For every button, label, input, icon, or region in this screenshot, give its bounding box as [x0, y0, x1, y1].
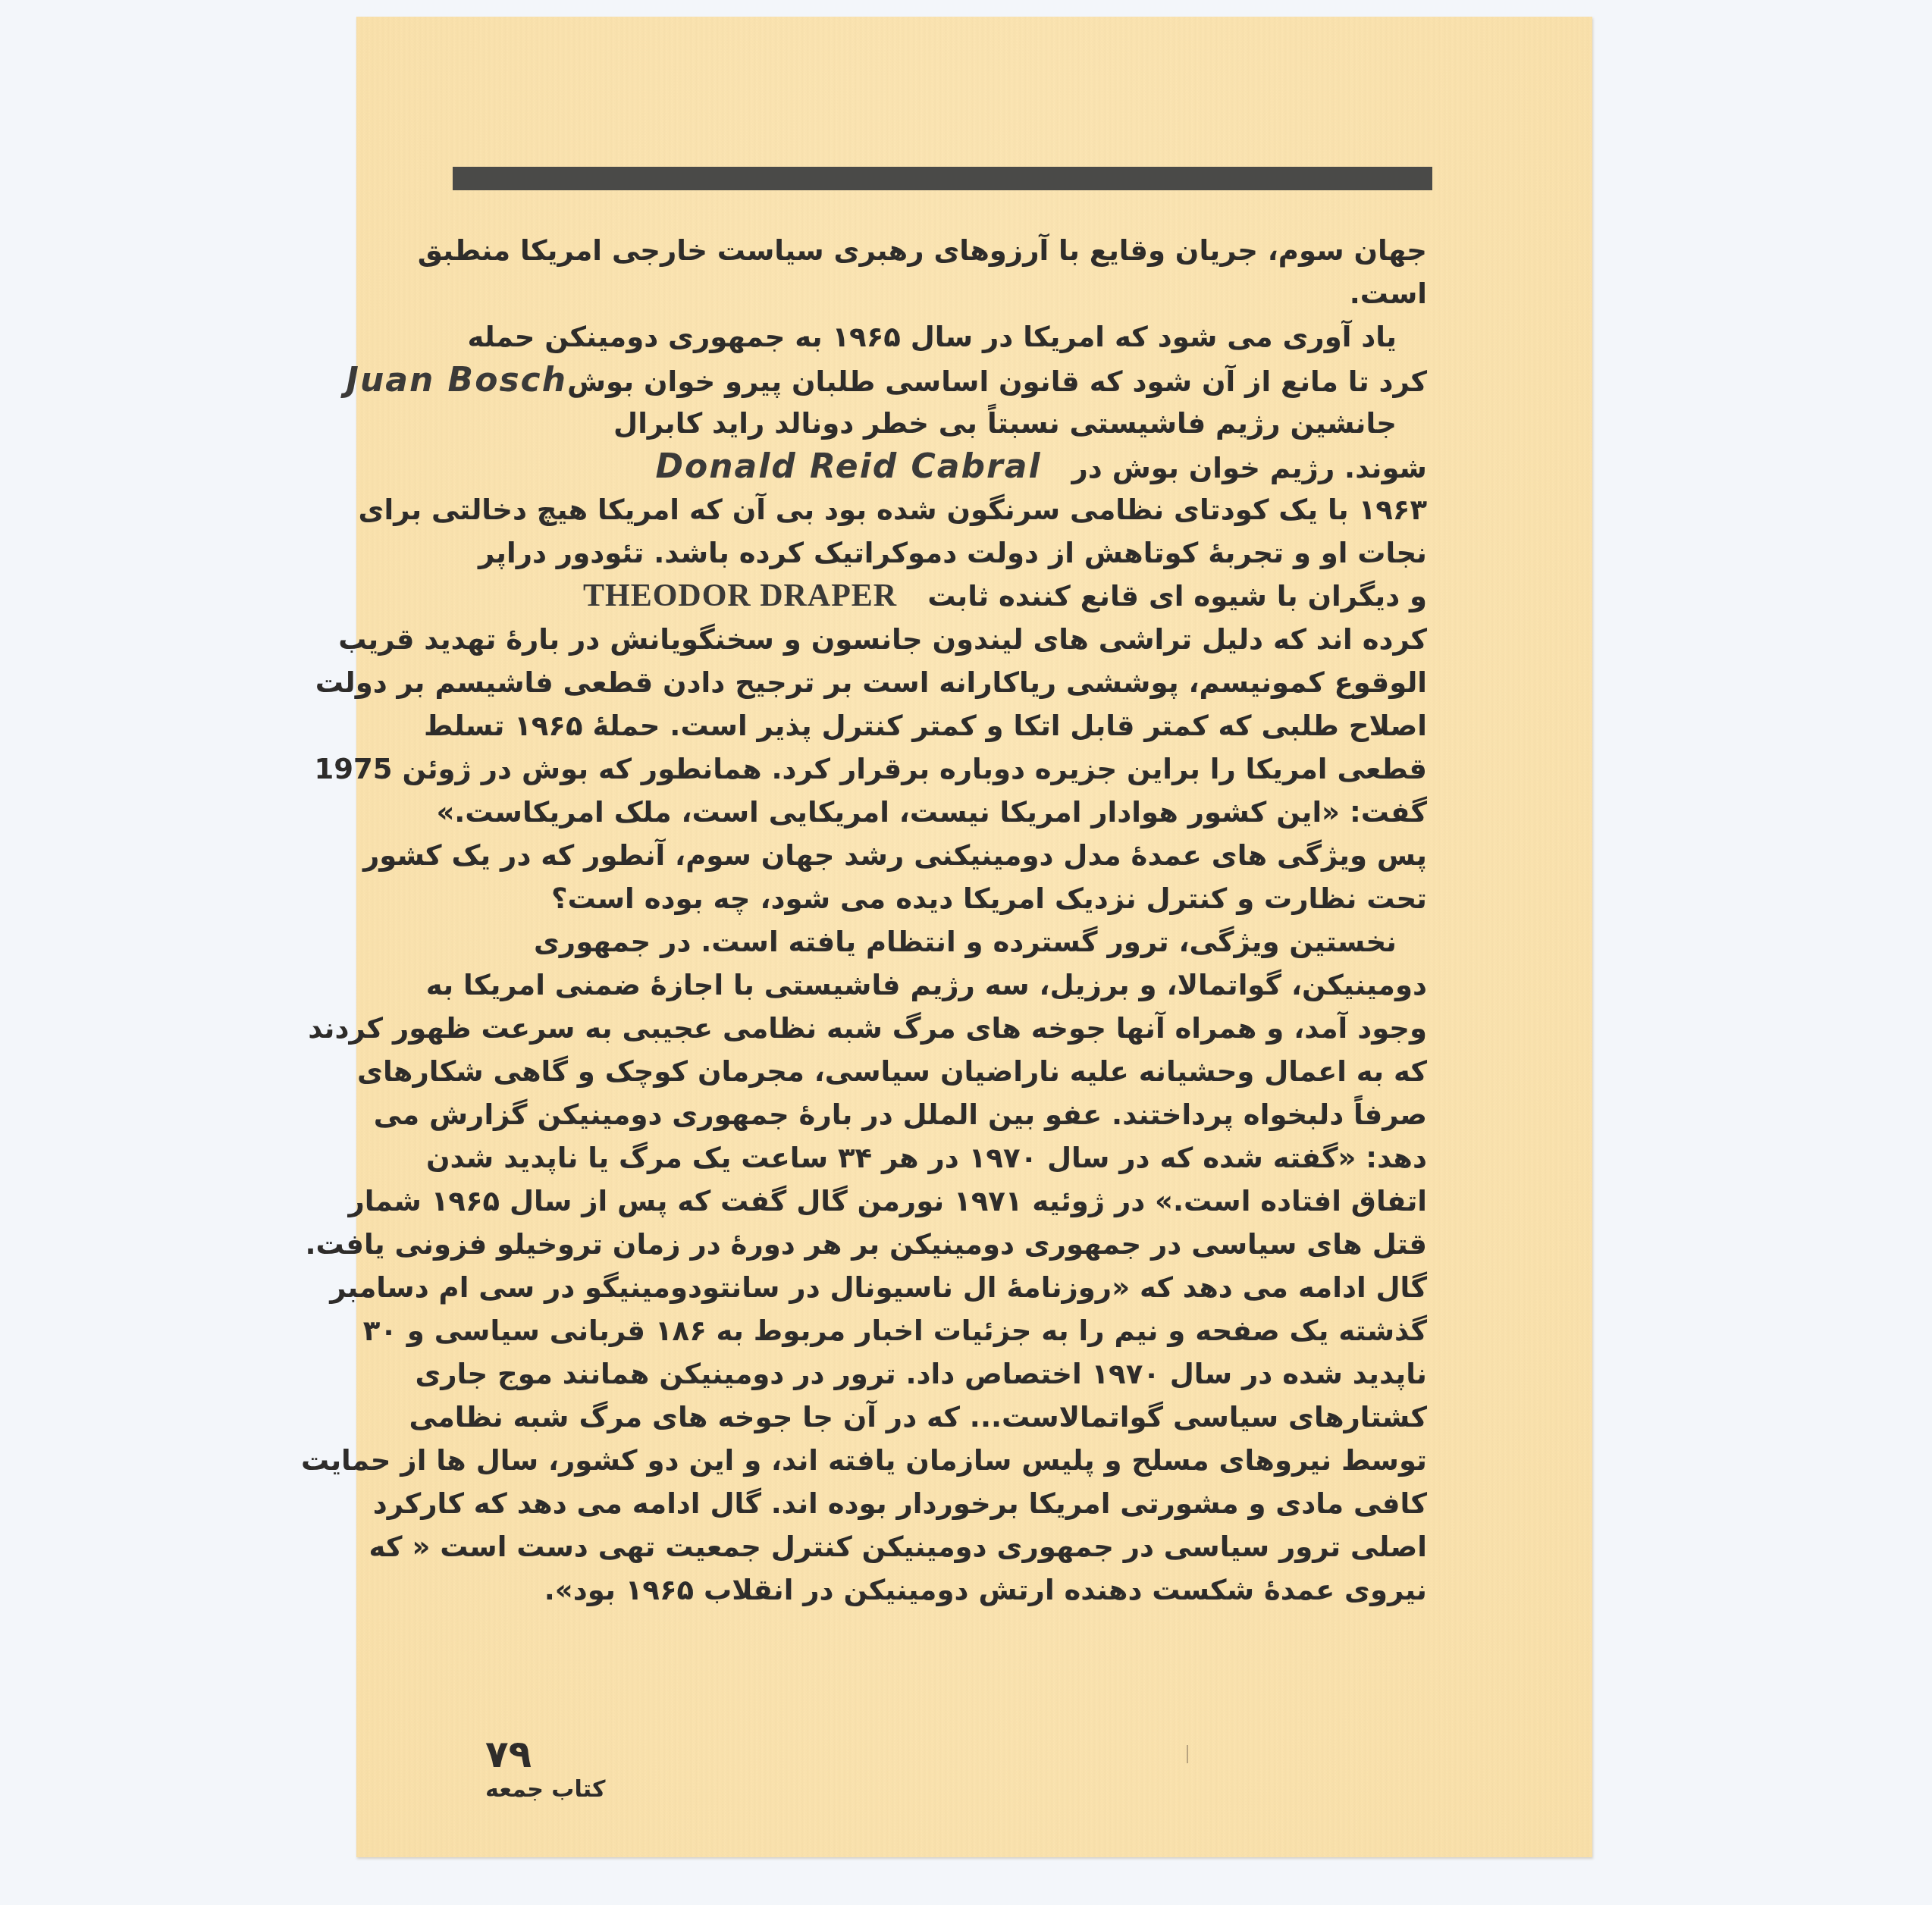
header-rule — [453, 167, 1432, 190]
text-line: نخستین ویژگی، ترور گسترده و انتظام یافته… — [493, 920, 1427, 963]
text-line: ناپدید شده در سال ۱۹۷۰ اختصاص داد. ترور … — [493, 1352, 1427, 1396]
text-fragment: شوند. رژیم خوان بوش در — [1072, 452, 1428, 484]
text-line: اصلی ترور سیاسی در جمهوری دومینیکن کنترل… — [493, 1525, 1427, 1568]
text-line: کرده اند که دلیل تراشی های لیندون جانسون… — [493, 618, 1427, 661]
text-line: گذشته یک صفحه و نیم را به جزئیات اخبار م… — [493, 1309, 1427, 1352]
text-line: گال ادامه می دهد که «روزنامهٔ ال ناسیونا… — [493, 1266, 1427, 1309]
text-line: دومینیکن، گواتمالا، و برزیل، سه رژیم فاش… — [493, 963, 1427, 1007]
text-line: قتل های سیاسی در جمهوری دومینیکن بر هر د… — [493, 1223, 1427, 1266]
text-line: نیروی عمدهٔ شکست دهنده ارتش دومینیکن در … — [493, 1568, 1427, 1612]
text-line: یاد آوری می شود که امریکا در سال ۱۹۶۵ به… — [493, 315, 1427, 359]
scanned-page: جهان سوم، جریان وقایع با آرزوهای رهبری س… — [356, 17, 1592, 1857]
text-line: تحت نظارت و کنترل نزدیک امریکا دیده می ش… — [493, 877, 1427, 920]
text-line: است. — [493, 272, 1427, 315]
name-juan-bosch: Juan Bosch — [347, 361, 567, 399]
text-line: اتفاق افتاده است.» در ژوئیه ۱۹۷۱ نورمن گ… — [493, 1180, 1427, 1223]
text-line: توسط نیروهای مسلح و پلیس سازمان یافته ان… — [493, 1439, 1427, 1482]
text-fragment: و دیگران با شیوه ای قانع کننده ثابت — [927, 580, 1427, 613]
page-footer: ۷۹ کتاب جمعه — [485, 1734, 605, 1805]
text-line: قطعی امریکا را براین جزیره دوباره برقرار… — [493, 747, 1427, 791]
text-line: وجود آمد، و همراه آنها جوخه های مرگ شبه … — [493, 1007, 1427, 1050]
text-line: شوند. رژیم خوان بوش درDonald Reid Cabral — [493, 445, 1427, 488]
text-line: اصلاح طلبی که کمتر قابل اتکا و کمتر کنتر… — [493, 704, 1427, 747]
text-line: جهان سوم، جریان وقایع با آرزوهای رهبری س… — [493, 229, 1427, 272]
text-line: دهد: «گفته شده که در سال ۱۹۷۰ در هر ۳۴ س… — [493, 1136, 1427, 1180]
name-donald-reid-cabral: Donald Reid Cabral — [655, 447, 1041, 486]
text-line: ۱۹۶۳ با یک کودتای نظامی سرنگون شده بود ب… — [493, 488, 1427, 531]
text-line: که به اعمال وحشیانه علیه ناراضیان سیاسی،… — [493, 1050, 1427, 1093]
text-line: الوقوع کمونیسم، پوششی ریاکارانه است بر ت… — [493, 661, 1427, 704]
text-line: کشتارهای سیاسی گواتمالاست... که در آن جا… — [493, 1396, 1427, 1439]
scan-artifact — [1187, 1745, 1188, 1763]
text-line: و دیگران با شیوه ای قانع کننده ثابتTHEOD… — [493, 575, 1427, 618]
text-line: پس ویژگی های عمدهٔ مدل دومینیکنی رشد جها… — [493, 834, 1427, 877]
text-line: جانشین رژیم فاشیستی نسبتاً بی خطر دونالد… — [493, 402, 1427, 445]
name-theodor-draper: THEODOR DRAPER — [583, 578, 897, 613]
text-line: صرفاً دلبخواه پرداختند. عفو بین الملل در… — [493, 1093, 1427, 1136]
page-number: ۷۹ — [485, 1734, 605, 1775]
text-line: نجات او و تجربهٔ کوتاهش از دولت دموکراتی… — [493, 531, 1427, 575]
text-line: گفت: «این کشور هوادار امریکا نیست، امریک… — [493, 791, 1427, 834]
article-body: جهان سوم، جریان وقایع با آرزوهای رهبری س… — [493, 229, 1427, 1612]
text-line: کافی مادی و مشورتی امریکا برخوردار بوده … — [493, 1482, 1427, 1525]
text-fragment: کرد تا مانع از آن شود که قانون اساسی طلب… — [567, 365, 1427, 398]
text-line: کرد تا مانع از آن شود که قانون اساسی طلب… — [493, 359, 1427, 402]
magazine-name: کتاب جمعه — [485, 1775, 605, 1805]
